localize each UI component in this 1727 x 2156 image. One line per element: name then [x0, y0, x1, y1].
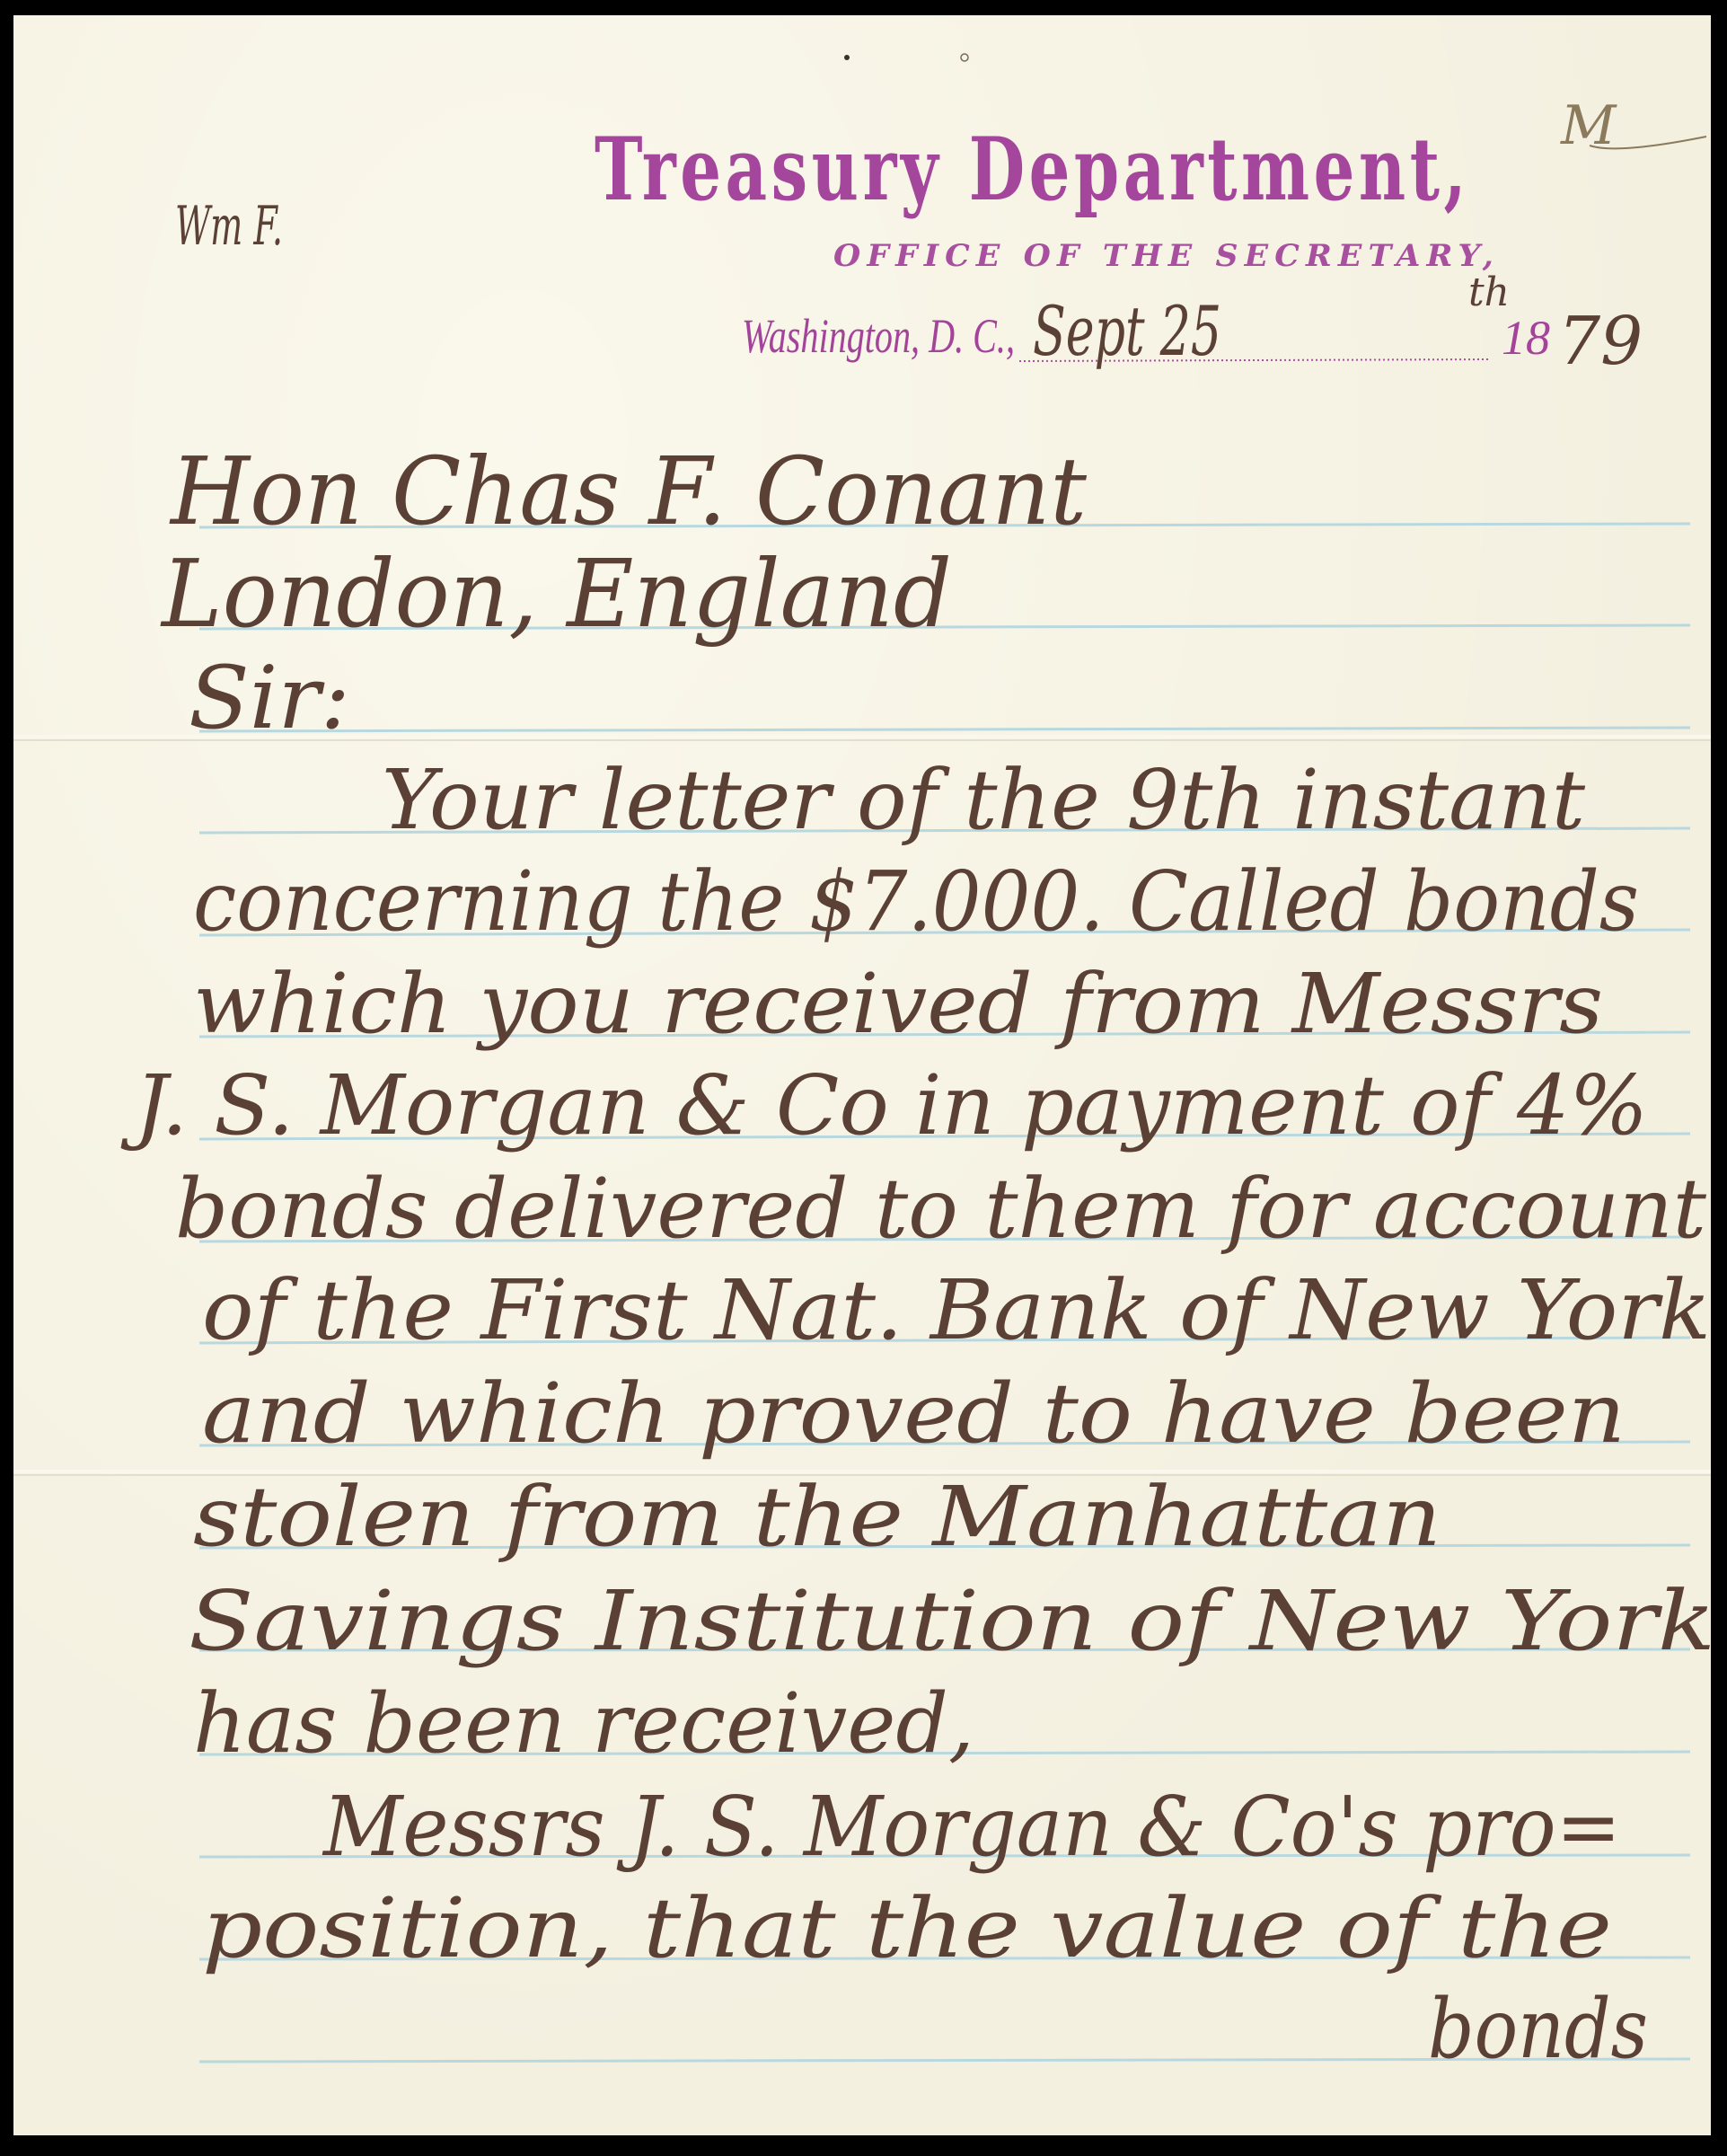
year-prefix: 18 [1502, 311, 1550, 365]
date-month-day: Sept 25 [1033, 291, 1221, 371]
ink-speck [844, 55, 850, 60]
date-day-suffix: th [1468, 269, 1510, 315]
salutation: Sir: [189, 648, 350, 748]
body-line: concerning the $7.000. Called bonds [193, 853, 1639, 950]
body-line: and which proved to have been [202, 1365, 1626, 1462]
recipient-location: London, England [160, 539, 952, 649]
body-line: Messrs J. S. Morgan & Co's pro= [322, 1779, 1621, 1875]
initials-annotation: Wm F. [175, 195, 283, 258]
body-line: which you received from Messrs [193, 956, 1603, 1052]
ink-speck [961, 54, 968, 61]
recipient-name: Hon Chas F. Conant [169, 437, 1087, 546]
body-line: Savings Institution of New York [189, 1573, 1715, 1669]
body-line: J. S. Morgan & Co in payment of 4% [120, 1057, 1648, 1153]
body-line: position, that the value of the [202, 1880, 1612, 1976]
letterhead-office: OFFICE OF THE SECRETARY, [833, 238, 1500, 274]
letter-body: Your letter of the 9th instant concernin… [120, 752, 1715, 2077]
body-line: has been received, [193, 1675, 974, 1772]
body-line: bonds [1428, 1981, 1648, 2077]
body-line: bonds delivered to them for account [175, 1161, 1707, 1257]
letter-canvas: Treasury Department, OFFICE OF THE SECRE… [0, 0, 1727, 2156]
body-line: of the First Nat. Bank of New York [202, 1262, 1711, 1358]
letterhead-place: Washington, D. C., [742, 309, 1015, 363]
date-year-suffix: 79 [1558, 303, 1643, 380]
letterhead-title: Treasury Department, [595, 119, 1470, 220]
body-line: Your letter of the 9th instant [382, 752, 1586, 848]
body-line: stolen from the Manhattan [193, 1469, 1441, 1565]
